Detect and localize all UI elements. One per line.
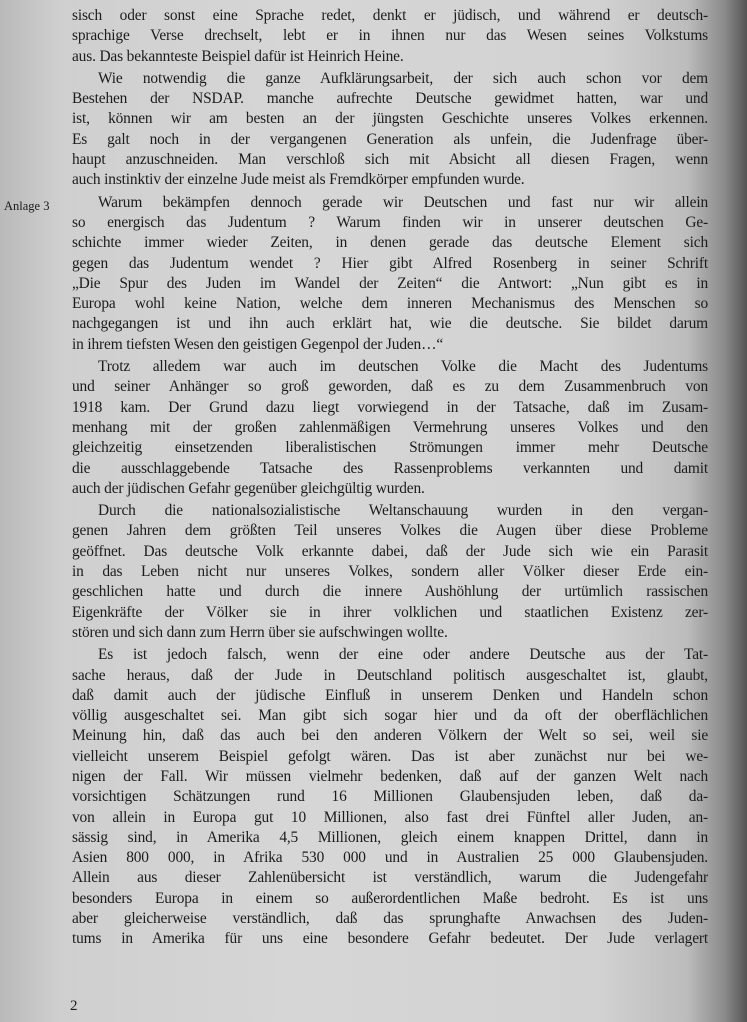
text-line: in ihrem tiefsten Wesen den geistigen Ge… xyxy=(72,335,708,355)
text-line: Asien 800 000, in Afrika 530 000 und in … xyxy=(72,848,708,868)
text-line: Durch die nationalsozialistische Weltans… xyxy=(72,501,708,521)
text-line: schichte immer wieder Zeiten, in denen g… xyxy=(72,233,708,253)
text-line: geschlichen hatte und durch die innere A… xyxy=(72,582,708,602)
text-line: vielleicht unserem Beispiel gefolgt wäre… xyxy=(72,747,708,767)
text-line: gegen das Judentum wendet ? Hier gibt Al… xyxy=(72,254,708,274)
text-line: geöffnet. Das deutsche Volk erkannte dab… xyxy=(72,542,708,562)
text-line: ist, können wir am besten an der jüngste… xyxy=(72,109,708,129)
text-line: stören und sich dann zum Herrn über sie … xyxy=(72,623,708,643)
text-line: in das Leben nicht nur unseres Volkes, s… xyxy=(72,562,708,582)
text-line: aus. Das bekannteste Beispiel dafür ist … xyxy=(72,47,708,67)
text-line: gleichzeitig einsetzenden liberalistisch… xyxy=(72,438,708,458)
margin-note: Anlage 3 xyxy=(4,199,49,214)
text-line: haupt anzuschneiden. Man verschloß sich … xyxy=(72,150,708,170)
text-line: „Die Spur des Juden im Wandel der Zeiten… xyxy=(72,274,708,294)
paragraph: sisch oder sonst eine Sprache redet, den… xyxy=(72,6,708,67)
text-line: auch instinktiv der einzelne Jude meist … xyxy=(72,170,708,190)
text-line: Es ist jedoch falsch, wenn der eine oder… xyxy=(72,645,708,665)
text-line: so energisch das Judentum ? Warum finden… xyxy=(72,213,708,233)
paragraph: Durch die nationalsozialistische Weltans… xyxy=(72,501,708,643)
text-line: Warum bekämpfen dennoch gerade wir Deuts… xyxy=(72,193,708,213)
paragraph: Trotz alledem war auch im deutschen Volk… xyxy=(72,357,708,499)
text-line: tums in Amerika für uns eine besondere G… xyxy=(72,929,708,949)
text-line: Europa wohl keine Nation, welche dem inn… xyxy=(72,294,708,314)
text-line: besonders Europa in einem so außerordent… xyxy=(72,889,708,909)
text-line: Meinung hin, daß das auch bei den andere… xyxy=(72,726,708,746)
text-line: Eigenkräfte der Völker sie in ihrer volk… xyxy=(72,603,708,623)
text-line: Trotz alledem war auch im deutschen Volk… xyxy=(72,357,708,377)
text-line: vorsichtigen Schätzungen rund 16 Million… xyxy=(72,787,708,807)
text-line: auch der jüdischen Gefahr gegenüber glei… xyxy=(72,479,708,499)
text-line: nachgegangen ist und ihn auch erklärt ha… xyxy=(72,314,708,334)
text-line: Bestehen der NSDAP. manche aufrechte Deu… xyxy=(72,89,708,109)
paragraph: Warum bekämpfen dennoch gerade wir Deuts… xyxy=(72,193,708,355)
paragraph: Es ist jedoch falsch, wenn der eine oder… xyxy=(72,645,708,949)
text-line: menhang mit der großen zahlenmäßigen Ver… xyxy=(72,418,708,438)
text-line: und seiner Anhänger so groß geworden, da… xyxy=(72,377,708,397)
paragraph: Wie notwendig die ganze Aufklärungsarbei… xyxy=(72,69,708,191)
document-page-body: sisch oder sonst eine Sprache redet, den… xyxy=(72,6,708,952)
text-line: genen Jahren dem größten Teil unseres Vo… xyxy=(72,521,708,541)
text-line: völlig ausgeschaltet sei. Man gibt sich … xyxy=(72,706,708,726)
text-line: Allein aus dieser Zahlenübersicht ist ve… xyxy=(72,868,708,888)
text-line: nigen der Fall. Wir müssen vielmehr bede… xyxy=(72,767,708,787)
page-number: 2 xyxy=(70,998,78,1015)
text-line: Wie notwendig die ganze Aufklärungsarbei… xyxy=(72,69,708,89)
text-line: sisch oder sonst eine Sprache redet, den… xyxy=(72,6,708,26)
text-line: sässig sind, in Amerika 4,5 Millionen, g… xyxy=(72,828,708,848)
text-line: Es galt noch in der vergangenen Generati… xyxy=(72,130,708,150)
text-line: sache heraus, daß der Jude in Deutschlan… xyxy=(72,666,708,686)
text-line: aber gleicherweise verständlich, daß das… xyxy=(72,909,708,929)
text-line: sprachige Verse drechselt, lebt er in ih… xyxy=(72,26,708,46)
text-line: daß damit auch der jüdische Einfluß in u… xyxy=(72,686,708,706)
text-line: von allein in Europa gut 10 Millionen, a… xyxy=(72,808,708,828)
text-line: 1918 kam. Der Grund dazu liegt vorwiegen… xyxy=(72,398,708,418)
text-line: die ausschlaggebende Tatsache des Rassen… xyxy=(72,459,708,479)
